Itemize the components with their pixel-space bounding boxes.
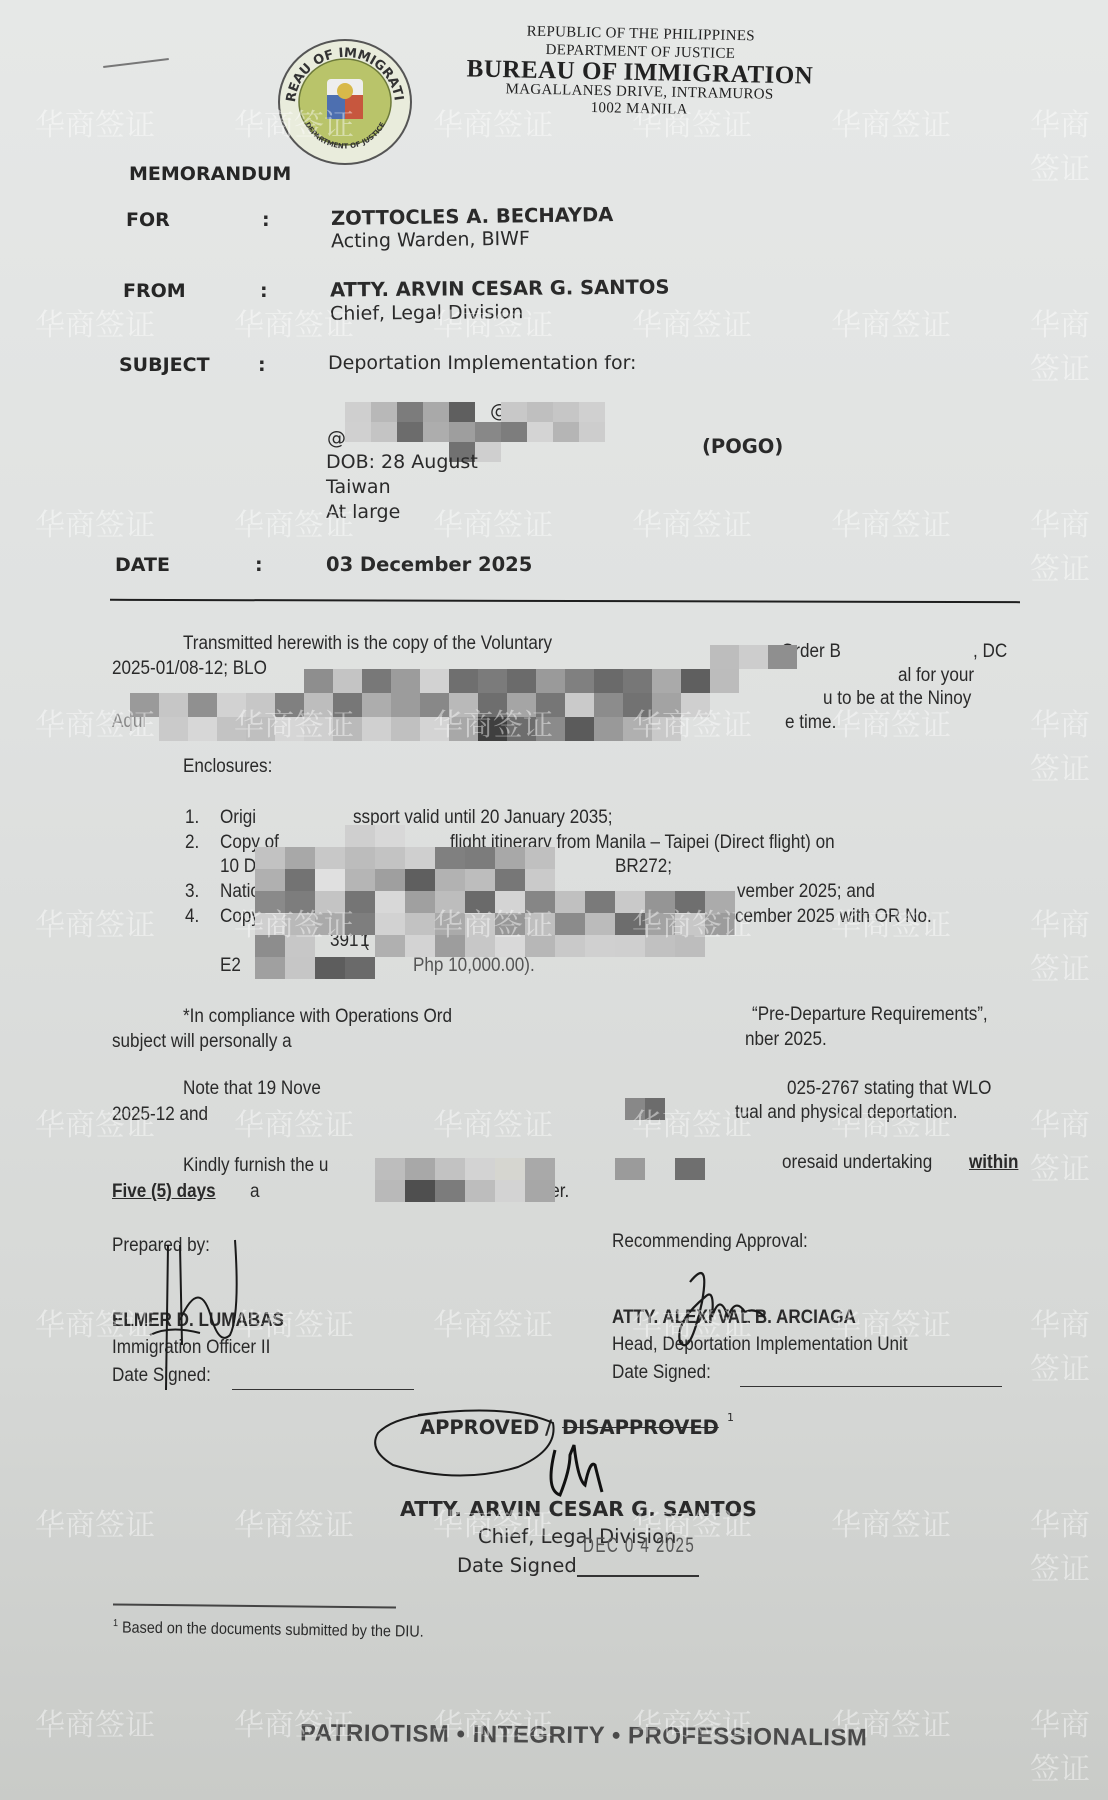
recommending-label: Recommending Approval:	[612, 1231, 808, 1253]
p2-line2-start: subject will personally a	[112, 1031, 292, 1053]
watermark-text: 华商签证	[831, 100, 951, 144]
subject-dob: DOB: 28 August	[326, 451, 478, 473]
subject-tag: (POGO)	[702, 435, 783, 458]
p4-line1-mid: oresaid undertaking	[782, 1152, 932, 1174]
p1-line1-end: , DC	[973, 641, 1007, 663]
letterhead: REPUBLIC OF THE PHILIPPINES DEPARTMENT O…	[439, 22, 841, 122]
watermark-text: 华商签证	[1030, 1500, 1108, 1588]
watermark-text: 华商签证	[35, 500, 155, 544]
footer-motto: PATRIOTISM • INTEGRITY • PROFESSIONALISM	[300, 1720, 868, 1753]
p4-line2-start: a	[250, 1181, 260, 1203]
enclosure-number: 4.	[185, 906, 199, 928]
watermark-text: 华商签证	[35, 1700, 155, 1744]
enclosures-label: Enclosures:	[183, 756, 272, 778]
p1-line3-end: u to be at the Ninoy	[823, 688, 971, 710]
from-title: Chief, Legal Division	[330, 301, 523, 325]
redacted-paragraph-4	[375, 1158, 705, 1202]
header-divider	[110, 599, 1020, 603]
watermark-text: 华商签证	[831, 500, 951, 544]
watermark-text: 华商签证	[35, 900, 155, 944]
date-colon: :	[255, 554, 263, 576]
recommending-signature	[650, 1262, 780, 1376]
subject-nationality: Taiwan	[326, 476, 391, 498]
enclosure-text-start: Origi	[220, 807, 256, 829]
decision-disapproved: DISAPPROVED	[562, 1416, 719, 1439]
watermark-text: 华商签证	[234, 1500, 354, 1544]
from-label: FROM	[123, 280, 186, 302]
from-colon: :	[260, 280, 268, 302]
watermark-text: 华商签证	[632, 300, 752, 344]
subject-status: At large	[326, 501, 400, 523]
date-value: 03 December 2025	[326, 553, 532, 576]
p3-line2-end: tual and physical deportation.	[735, 1102, 957, 1124]
p1-line2-end: al for your	[898, 665, 974, 687]
for-title: Acting Warden, BIWF	[331, 228, 530, 253]
redacted-paragraph-3	[625, 1098, 685, 1120]
date-label: DATE	[115, 554, 170, 576]
watermark-text: 华商签证	[632, 500, 752, 544]
decision-footnote-mark: 1	[727, 1411, 734, 1424]
subject-alias-at-2: @	[327, 427, 346, 449]
p4-line1-emphasis: within	[969, 1152, 1018, 1174]
watermark-text: 华商签证	[1030, 300, 1108, 388]
enclosure-number: 3.	[185, 881, 199, 903]
watermark-text: 华商签证	[234, 1100, 354, 1144]
for-label: FOR	[126, 209, 170, 231]
watermark-text: 华商签证	[1030, 1700, 1108, 1788]
watermark-text: 华商签证	[831, 300, 951, 344]
footnote-divider	[113, 1604, 396, 1608]
watermark-text: 华商签证	[1030, 1100, 1108, 1188]
for-colon: :	[262, 209, 270, 231]
watermark-text: 华商签证	[433, 1100, 553, 1144]
watermark-text: 华商签证	[433, 500, 553, 544]
p3-line1-start: Note that 19 Nove	[183, 1078, 321, 1100]
p4-line1-start: Kindly furnish the u	[183, 1155, 328, 1177]
p3-line1-end: 025-2767 stating that WLO	[787, 1078, 991, 1100]
watermark-text: 华商签证	[35, 1500, 155, 1544]
p4-line2-emphasis: Five (5) days	[112, 1181, 216, 1203]
watermark-text: 华商签证	[35, 300, 155, 344]
recommending-date-line	[740, 1386, 1002, 1387]
p3-line2-start: 2025-12 and	[112, 1104, 208, 1126]
for-name: ZOTTOCLES A. BECHAYDA	[331, 203, 614, 230]
footnote-text: Based on the documents submitted by the …	[122, 1619, 424, 1640]
approver-date-stamp: DEC 0 4 2025	[583, 1534, 695, 1558]
pen-stroke-mark	[103, 58, 169, 68]
redacted-enclosures	[255, 825, 855, 979]
memo-doc-type: MEMORANDUM	[129, 163, 291, 185]
watermark-text: 华商签证	[1030, 500, 1108, 588]
prepared-signature	[140, 1225, 260, 1394]
footnote-mark: 1	[113, 1618, 118, 1629]
from-name: ATTY. ARVIN CESAR G. SANTOS	[330, 276, 670, 302]
approver-date-label: Date Signed	[457, 1554, 577, 1577]
approver-date-line	[577, 1575, 699, 1577]
p2-line1-end: “Pre-Departure Requirements”,	[752, 1004, 988, 1026]
enclosure-text-start: E2	[220, 955, 241, 977]
watermark-text: 华商签证	[1030, 100, 1108, 188]
enclosure-number: 2.	[185, 832, 199, 854]
memorandum-page: BUREAU OF IMMIGRATION DEPARTMENT OF JUST…	[0, 0, 1108, 1800]
approver-name: ATTY. ARVIN CESAR G. SANTOS	[400, 1497, 757, 1521]
p2-line1-start: *In compliance with Operations Ord	[183, 1006, 452, 1028]
subject-colon: :	[258, 354, 266, 376]
watermark-text: 华商签证	[35, 100, 155, 144]
subject-text: Deportation Implementation for:	[328, 352, 636, 374]
approver-signature	[540, 1440, 610, 1504]
footnote: 1 Based on the documents submitted by th…	[113, 1618, 424, 1642]
watermark-text: 华商签证	[433, 1300, 553, 1344]
redacted-paragraph-1	[130, 645, 826, 741]
bureau-seal-icon: BUREAU OF IMMIGRATION DEPARTMENT OF JUST…	[275, 37, 415, 167]
enclosure-number: 1.	[185, 807, 199, 829]
watermark-text: 华商签证	[1030, 1300, 1108, 1388]
approved-circle-mark	[368, 1405, 568, 1489]
subject-label: SUBJECT	[119, 354, 210, 376]
watermark-text: 华商签证	[1030, 700, 1108, 788]
watermark-text: 华商签证	[1030, 900, 1108, 988]
p2-line2-end: nber 2025.	[745, 1029, 827, 1051]
watermark-text: 华商签证	[831, 1500, 951, 1544]
